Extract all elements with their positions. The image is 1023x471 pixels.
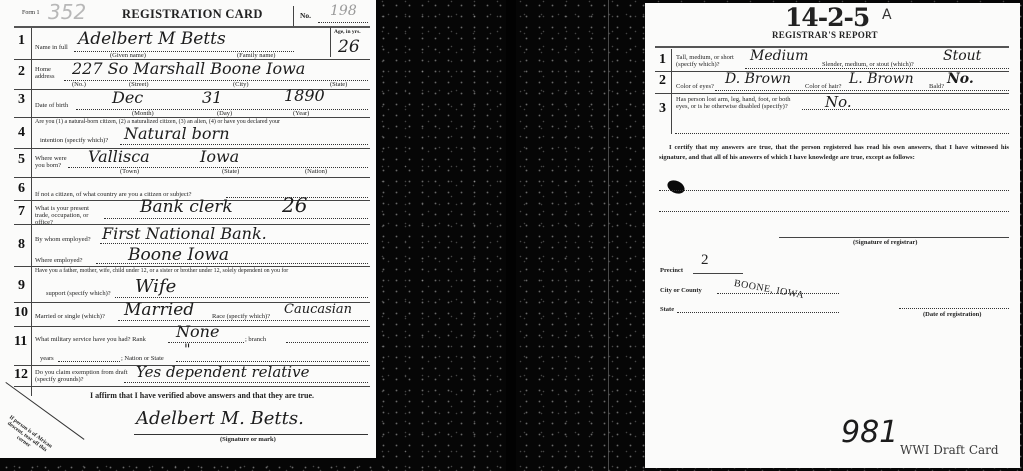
caption: (City)	[233, 81, 249, 88]
affirmation-text: I affirm that I have verified above answ…	[90, 391, 314, 400]
rule	[14, 26, 370, 28]
disability-label: Has person lost arm, leg, hand, foot, or…	[676, 96, 801, 110]
row-number: 3	[18, 92, 25, 108]
row-number: 1	[659, 52, 666, 68]
dotted-line	[58, 361, 120, 362]
dob-month: Dec	[112, 88, 143, 107]
name-value: Adelbert M Betts	[78, 29, 226, 49]
rule	[14, 177, 370, 178]
hair-color-value: L. Brown	[849, 71, 914, 87]
dotted-line	[64, 80, 368, 81]
divider	[330, 27, 331, 57]
report-code-suffix: A	[882, 7, 892, 23]
birthplace-town: Vallisca	[88, 147, 150, 166]
row-number: 3	[659, 101, 666, 117]
caption: (Day)	[217, 110, 232, 117]
caption: (Street)	[129, 81, 149, 88]
row-number-divider	[671, 49, 672, 134]
precinct-line	[693, 273, 743, 274]
watermark-label: WWI Draft Card	[900, 443, 999, 457]
caption: (State)	[330, 81, 347, 88]
tear-off-corner-note: If person is of African descent, tear of…	[0, 412, 57, 462]
dependents-question: Have you a father, mother, wife, child u…	[35, 268, 288, 274]
registrar-signature-caption: (Signature of registrar)	[853, 239, 917, 246]
row-number: 1	[18, 33, 25, 49]
registrar-signature-line	[779, 237, 1009, 238]
occupation-note: 26	[282, 193, 307, 217]
caption: (Family name)	[237, 52, 275, 59]
name-label: Name in full	[35, 44, 68, 51]
age-value: 26	[338, 37, 360, 57]
signature-caption: (Signature or mark)	[220, 436, 276, 443]
dependents-value: Wife	[135, 276, 176, 297]
exemption-label: Do you claim exemption from draft (speci…	[35, 369, 145, 383]
address-label: Home address	[35, 66, 63, 80]
military-rank-value: None	[176, 322, 219, 341]
precinct-label: Precinct	[660, 267, 683, 274]
row-number: 6	[18, 181, 25, 197]
row-number: 7	[18, 204, 25, 220]
dotted-line	[115, 297, 368, 298]
row-number: 10	[14, 305, 28, 321]
row-number: 8	[18, 237, 25, 253]
dob-day: 31	[202, 88, 222, 107]
employer-location-label: Where employed?	[35, 257, 82, 264]
occupation-label: What is your present trade, occupation, …	[35, 205, 105, 226]
caption: (Month)	[132, 110, 154, 117]
row-number: 2	[659, 73, 666, 89]
rule	[14, 117, 370, 118]
citizenship-value: Natural born	[124, 124, 230, 143]
signature-line	[134, 434, 368, 435]
report-code: 14-2-5	[785, 3, 869, 32]
registrars-report-card: 14-2-5 A REGISTRAR'S REPORT 1 Tall, medi…	[645, 3, 1020, 468]
report-title: REGISTRAR'S REPORT	[772, 30, 878, 40]
bald-value: No.	[947, 71, 974, 87]
precinct-value: 2	[701, 252, 709, 269]
dotted-line	[675, 133, 1009, 134]
dotted-line	[677, 312, 839, 313]
dotted-line	[802, 109, 1009, 110]
height-label: Tall, medium, or short (specify which)?	[676, 55, 744, 68]
date-of-registration-caption: (Date of registration)	[923, 311, 981, 318]
rule	[14, 148, 370, 149]
bald-label: Bald?	[929, 83, 944, 90]
citizenship-label: intention (specify which)?	[40, 137, 108, 144]
caption: (No.)	[72, 81, 86, 88]
row-number: 2	[18, 64, 25, 80]
caption: (State)	[222, 168, 239, 175]
address-value: 227 So Marshall Boone Iowa	[72, 59, 305, 78]
rule	[14, 386, 370, 387]
certification-text: I certify that my answers are true, that…	[659, 143, 1009, 162]
military-branch-label: ; branch	[245, 336, 266, 343]
marital-label: Married or single (which)?	[35, 313, 105, 320]
eye-color-label: Color of eyes?	[676, 83, 714, 90]
military-service-label: What military service have you had? Rank	[35, 336, 146, 343]
row-number: 12	[14, 367, 28, 383]
marital-value: Married	[124, 300, 194, 320]
ink-blot	[665, 178, 686, 196]
scan-fold-shadow	[506, 0, 516, 471]
dotted-line	[124, 382, 368, 383]
employer-location-value: Boone Iowa	[128, 245, 229, 265]
dotted-line	[318, 22, 368, 23]
dotted-line	[118, 320, 368, 321]
caption: (Year)	[293, 110, 309, 117]
caption: (Nation)	[305, 168, 327, 175]
state-label: State	[660, 306, 674, 313]
military-nation-value: "	[184, 342, 190, 358]
registrant-signature: Adelbert M. Betts.	[136, 408, 304, 429]
hair-color-label: Color of hair?	[805, 83, 841, 90]
serial-no-value: 198	[330, 3, 357, 19]
row-number: 9	[18, 278, 25, 294]
dotted-line	[745, 68, 1009, 69]
dotted-line	[286, 342, 368, 343]
military-nation-label: ; Nation or State	[121, 355, 164, 362]
dotted-line	[100, 243, 368, 244]
employer-value: First National Bank.	[102, 224, 267, 243]
divider	[293, 6, 294, 26]
dob-year: 1890	[284, 86, 325, 105]
city-county-label: City or County	[660, 287, 702, 294]
form-number: 352	[48, 0, 86, 24]
registration-card: Form 1 352 REGISTRATION CARD No. 198 1 N…	[0, 0, 376, 458]
date-line	[899, 308, 1009, 309]
birthplace-label: Where were you born?	[35, 155, 67, 169]
row-number: 11	[14, 334, 27, 350]
eye-color-value: D. Brown	[725, 71, 791, 87]
caption: (Town)	[120, 168, 139, 175]
dotted-line	[659, 190, 1009, 191]
dotted-line	[176, 361, 368, 362]
form-label: Form 1	[22, 10, 40, 16]
row-number-divider	[31, 28, 32, 396]
dotted-line	[168, 342, 244, 343]
birthplace-state: Iowa	[200, 147, 239, 166]
caption: (Given name)	[110, 52, 146, 59]
race-value: Caucasian	[284, 302, 352, 317]
row-number: 4	[18, 125, 25, 141]
dotted-line	[659, 211, 1009, 212]
employer-label: By whom employed?	[35, 236, 91, 243]
dotted-line	[96, 263, 368, 264]
exemption-value: Yes dependent relative	[136, 363, 309, 381]
dob-label: Date of birth	[35, 102, 68, 109]
race-label: Race (specify which)?	[212, 313, 270, 320]
dotted-line	[715, 90, 1009, 91]
dependents-label: support (specify which)?	[46, 290, 111, 297]
occupation-value: Bank clerk	[140, 197, 233, 217]
row-number: 5	[18, 152, 25, 168]
height-value: Medium	[750, 48, 808, 64]
age-label: Age, in yrs.	[334, 29, 361, 35]
build-label: Slender, medium, or stout (which)?	[822, 61, 914, 68]
serial-number: 981	[841, 415, 898, 450]
build-value: Stout	[943, 48, 981, 64]
rule	[14, 266, 370, 267]
location-stamp: BOONE, IOWA	[733, 278, 805, 301]
military-years-label: years	[40, 355, 54, 362]
card-title: REGISTRATION CARD	[122, 7, 263, 22]
scan-crease	[608, 0, 609, 471]
dotted-line	[120, 144, 368, 145]
dotted-line	[104, 218, 368, 219]
serial-no-label: No.	[300, 11, 311, 20]
